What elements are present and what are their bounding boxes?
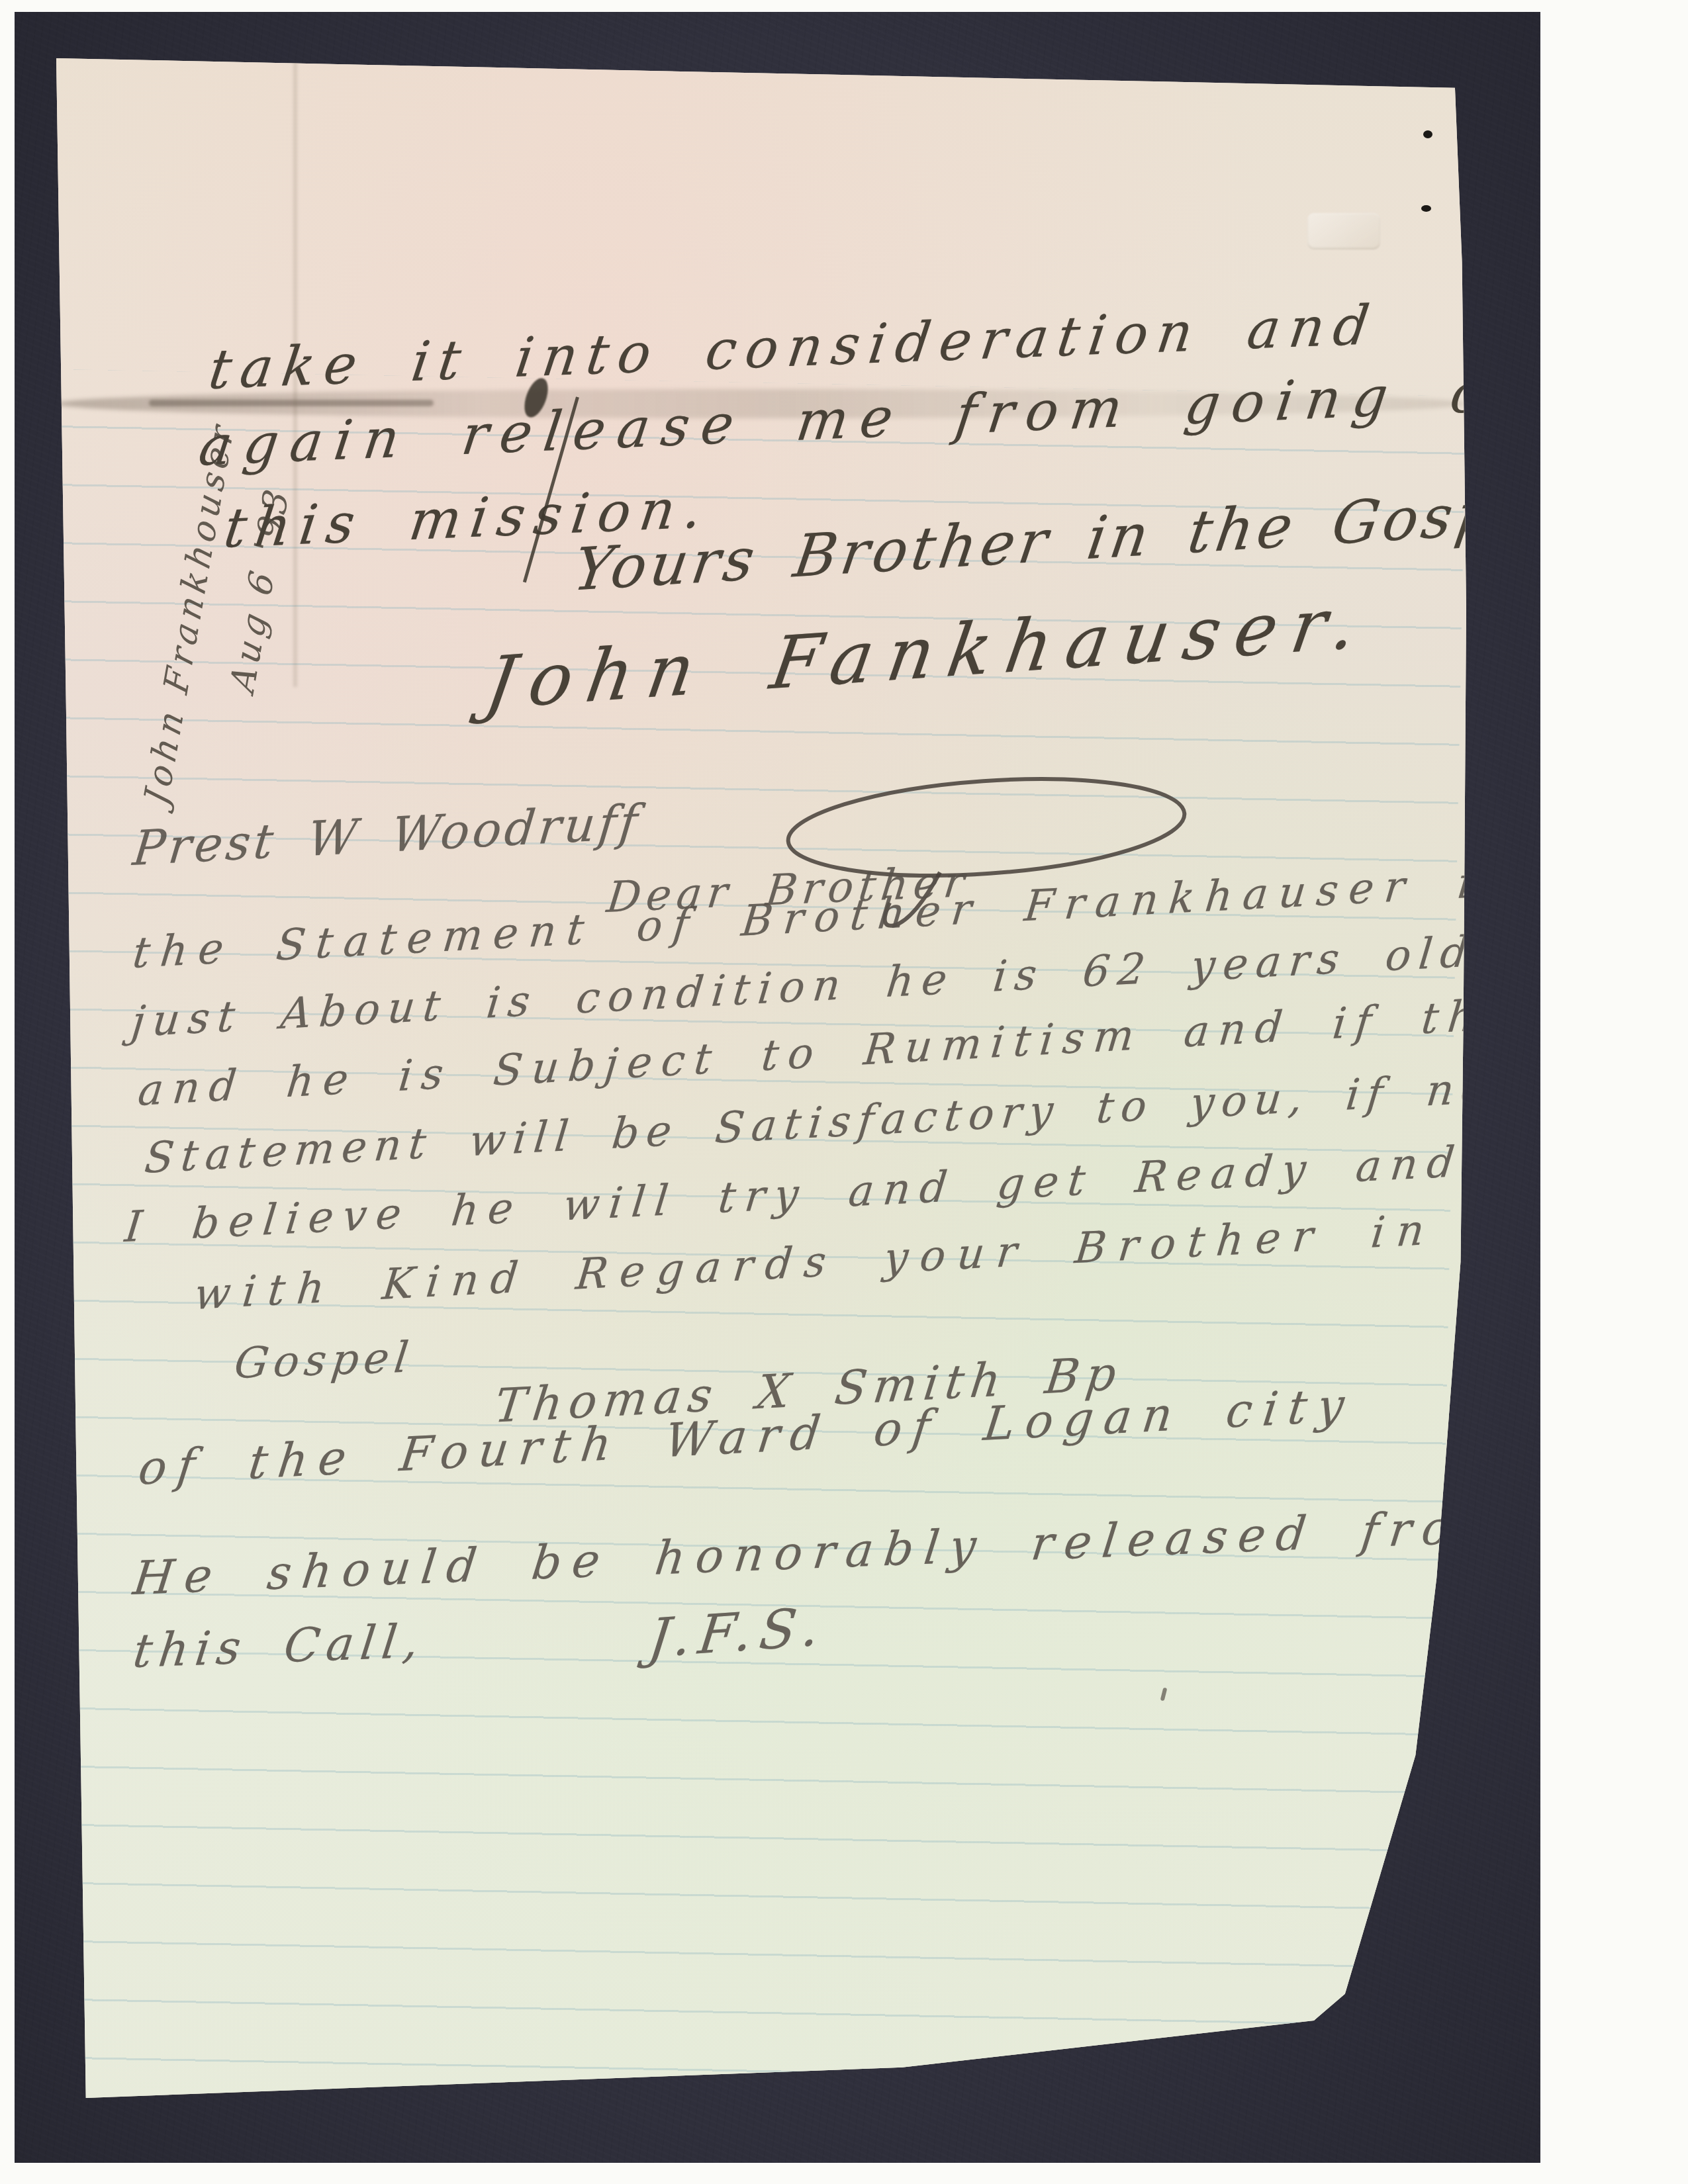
note-line: Gospel xyxy=(232,1333,416,1388)
fold-crease-smudge xyxy=(149,400,434,406)
letter-signature: John Fankhauser. xyxy=(480,580,1376,726)
letter-closing: Yours Brother in the Gospel xyxy=(569,475,1564,604)
scan-backing: take it into consideration and again rel… xyxy=(0,0,1688,2184)
paper-speck xyxy=(1423,130,1432,138)
album-mat: take it into consideration and again rel… xyxy=(15,12,1540,2163)
paper-speck xyxy=(1421,205,1431,212)
note-addressee: Prest W Woodruff xyxy=(130,794,643,876)
endorsement-line: this Call, xyxy=(130,1614,428,1678)
pencil-mark xyxy=(1160,1688,1168,1702)
endorsement-line: He should be honorably released from xyxy=(130,1498,1519,1606)
margin-note-name: John Frankhouser xyxy=(137,417,243,809)
letter-paper: take it into consideration and again rel… xyxy=(56,58,1466,2098)
embossed-seal xyxy=(1307,213,1380,250)
endorsement-initials: J.F.S. xyxy=(645,1595,831,1670)
